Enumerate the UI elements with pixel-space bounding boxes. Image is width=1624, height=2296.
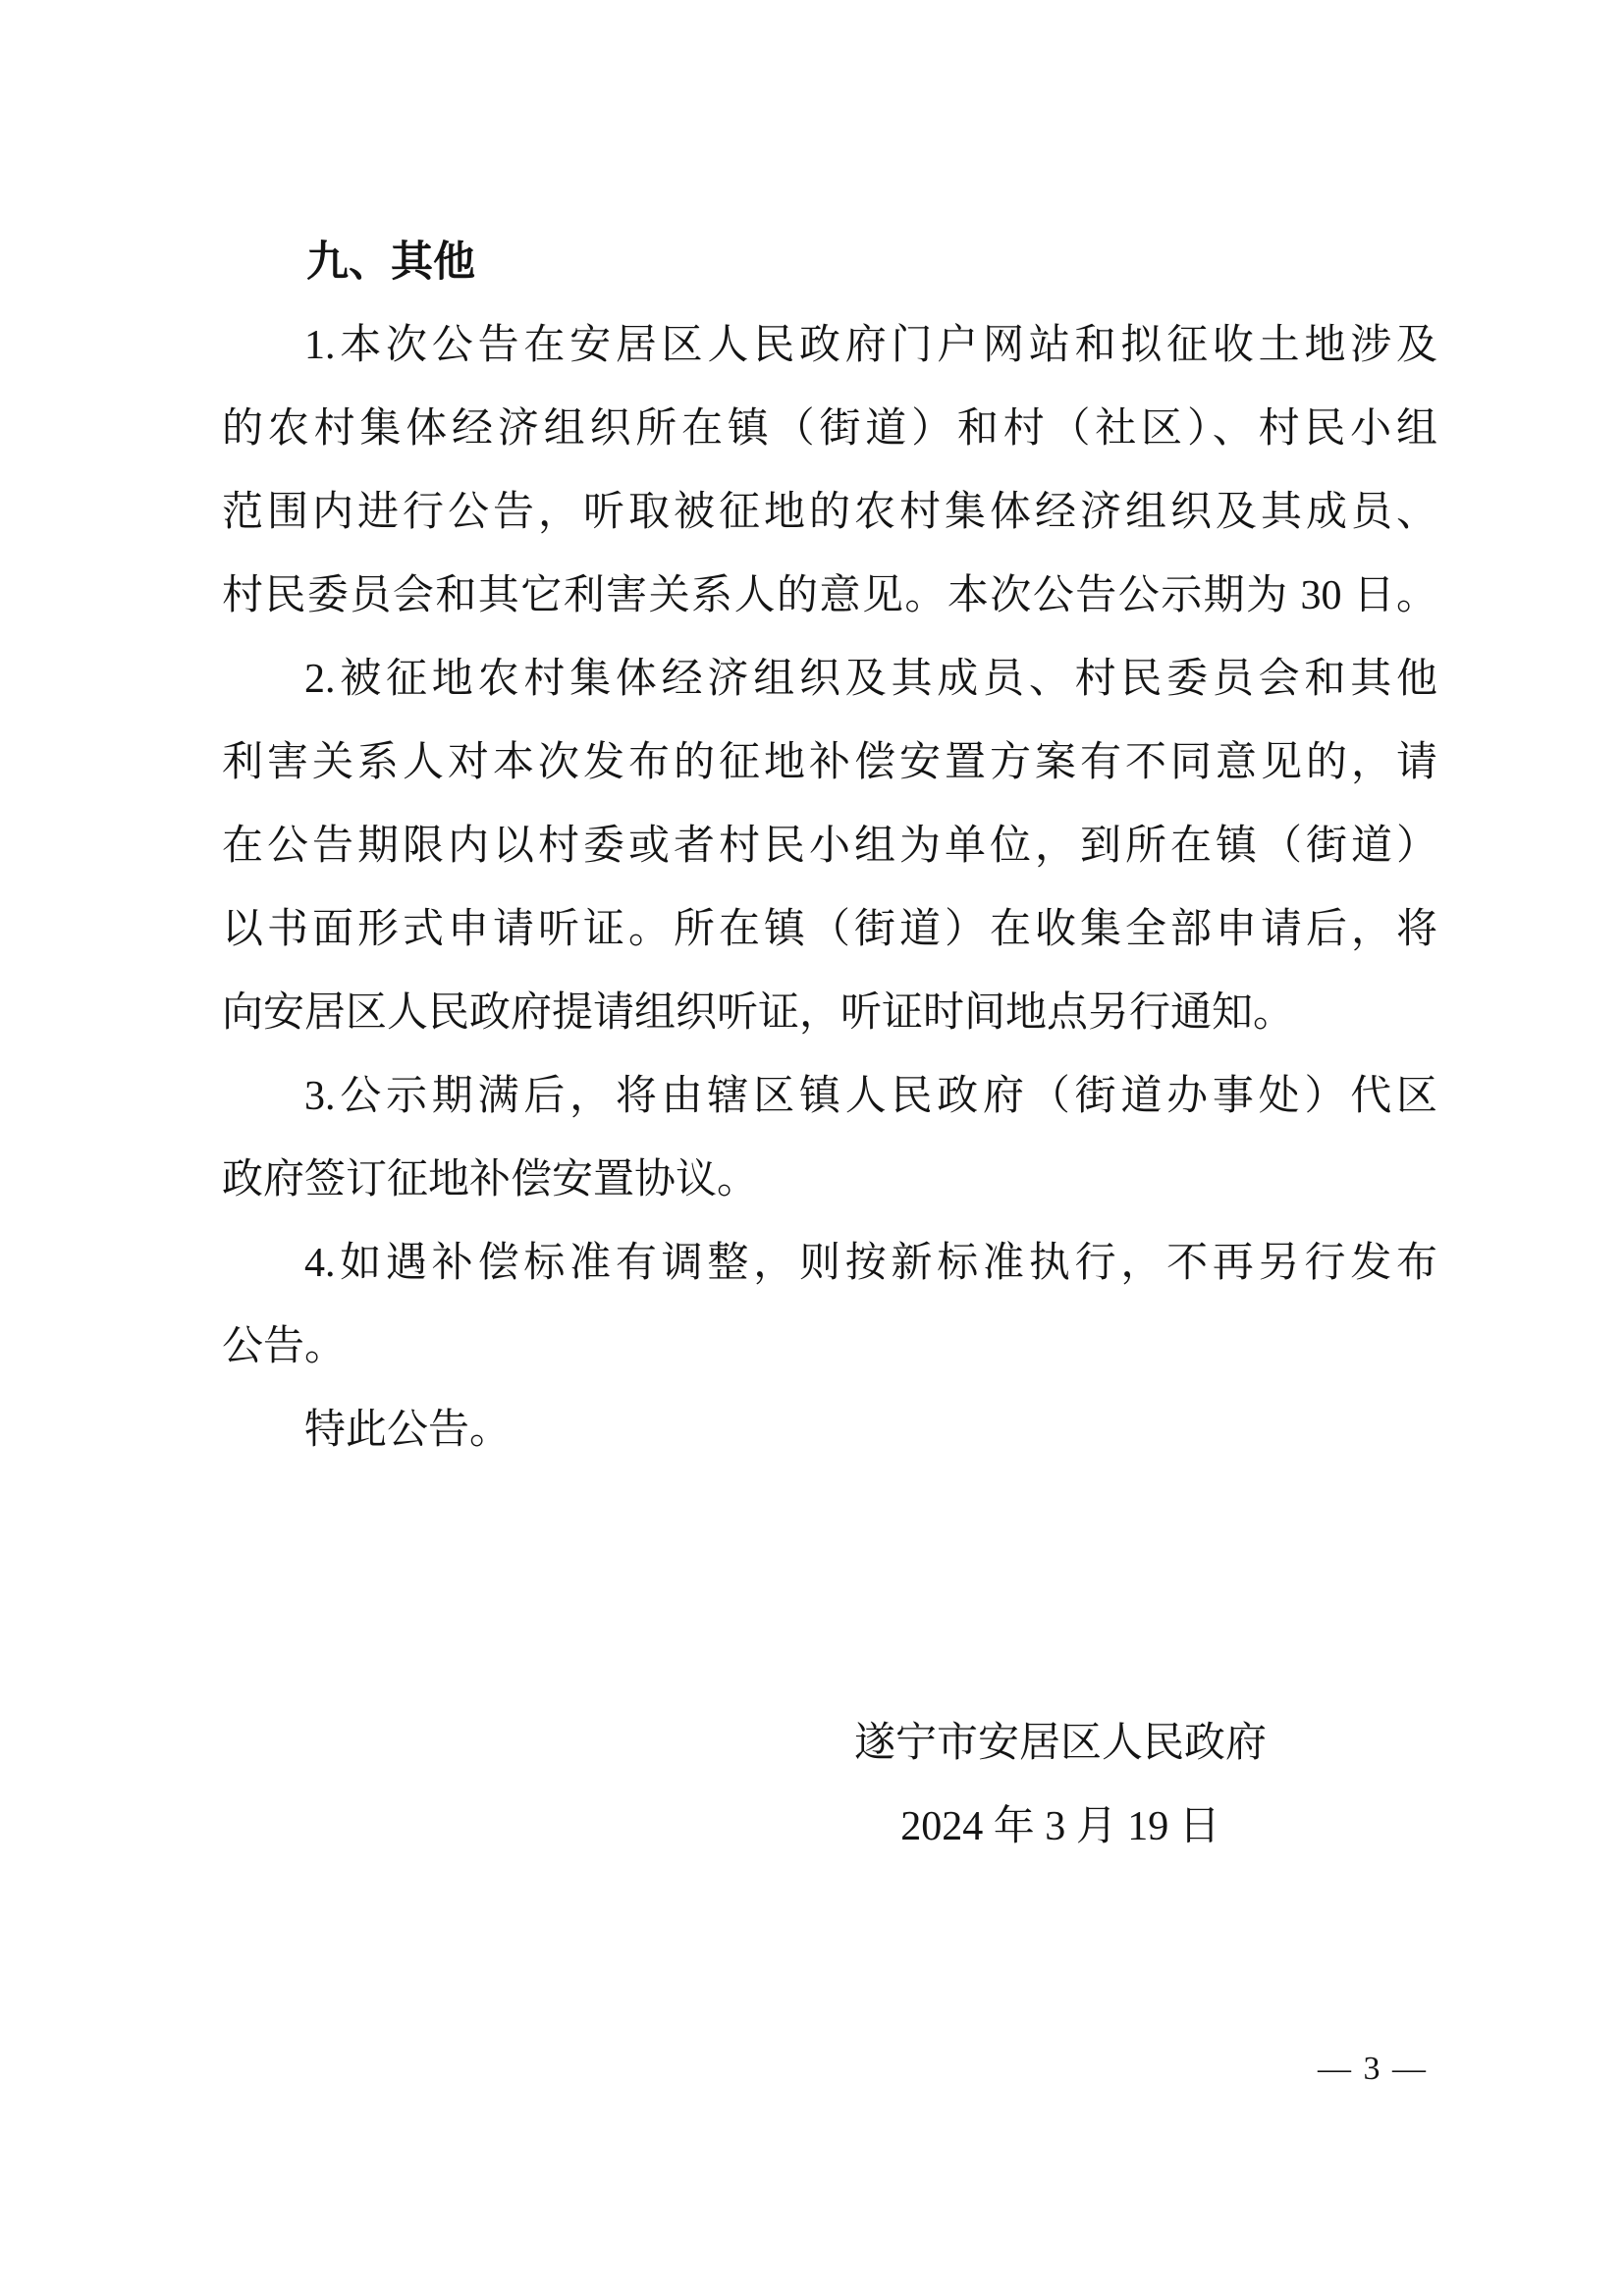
paragraph-line: 以书面形式申请听证。所在镇（街道）在收集全部申请后，将	[222, 888, 1437, 972]
paragraph-line: 范围内进行公告，听取被征地的农村集体经济组织及其成员、	[222, 471, 1437, 555]
page-number: — 3 —	[1318, 2050, 1428, 2089]
paragraph-line: 4.如遇补偿标准有调整，则按新标准执行，不再另行发布	[222, 1222, 1437, 1306]
paragraph-line: 政府签订征地补偿安置协议。	[222, 1139, 1437, 1222]
closing-statement: 特此公告。	[222, 1389, 1437, 1472]
issuing-authority: 遂宁市安居区人民政府	[683, 1702, 1437, 1786]
document-page: 九、其他 1.本次公告在安居区人民政府门户网站和拟征收土地涉及 的农村集体经济组…	[0, 0, 1624, 2296]
paragraph-4: 4.如遇补偿标准有调整，则按新标准执行，不再另行发布 公告。	[222, 1222, 1437, 1389]
paragraph-line: 村民委员会和其它利害关系人的意见。本次公告公示期为 30 日。	[222, 555, 1437, 638]
paragraph-line: 3.公示期满后，将由辖区镇人民政府（街道办事处）代区	[222, 1055, 1437, 1139]
paragraph-2: 2.被征地农村集体经济组织及其成员、村民委员会和其他 利害关系人对本次发布的征地…	[222, 638, 1437, 1055]
paragraph-line: 的农村集体经济组织所在镇（街道）和村（社区）、村民小组	[222, 388, 1437, 471]
announcement-body: 九、其他 1.本次公告在安居区人民政府门户网站和拟征收土地涉及 的农村集体经济组…	[222, 221, 1437, 1869]
paragraph-3: 3.公示期满后，将由辖区镇人民政府（街道办事处）代区 政府签订征地补偿安置协议。	[222, 1055, 1437, 1222]
paragraph-line: 公告。	[222, 1306, 1437, 1389]
paragraph-line: 1.本次公告在安居区人民政府门户网站和拟征收土地涉及	[222, 304, 1437, 388]
paragraph-line: 特此公告。	[222, 1389, 1437, 1472]
section-heading: 九、其他	[222, 221, 1437, 304]
paragraph-1: 1.本次公告在安居区人民政府门户网站和拟征收土地涉及 的农村集体经济组织所在镇（…	[222, 304, 1437, 638]
issue-date: 2024 年 3 月 19 日	[683, 1786, 1437, 1869]
signature-block: 遂宁市安居区人民政府 2024 年 3 月 19 日	[683, 1702, 1437, 1869]
paragraph-line: 2.被征地农村集体经济组织及其成员、村民委员会和其他	[222, 638, 1437, 721]
paragraph-line: 利害关系人对本次发布的征地补偿安置方案有不同意见的，请	[222, 721, 1437, 805]
paragraph-line: 在公告期限内以村委或者村民小组为单位，到所在镇（街道）	[222, 805, 1437, 888]
paragraph-line: 向安居区人民政府提请组织听证，听证时间地点另行通知。	[222, 972, 1437, 1055]
signature-spacer	[222, 1472, 1437, 1702]
